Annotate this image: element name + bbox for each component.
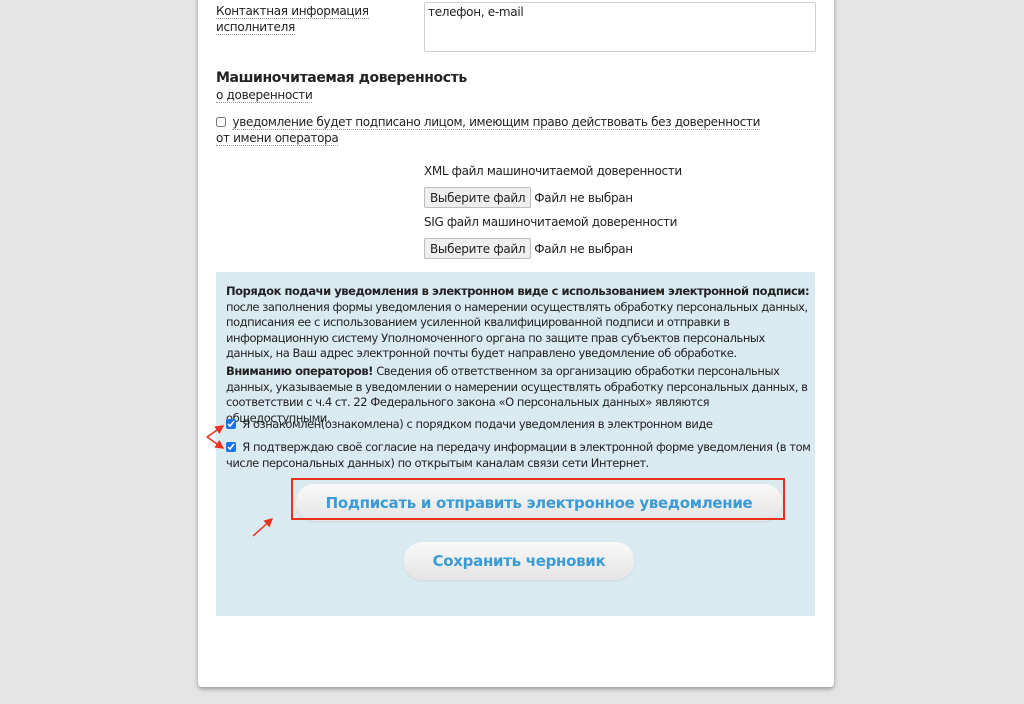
proxy-section-title: Машиночитаемая доверенность [216,70,467,86]
xml-choose-file-button[interactable]: Выберите файл [424,187,531,208]
no-proxy-checkbox[interactable] [216,117,226,127]
attention-title: Вниманию операторов! [226,364,373,378]
contact-info-textarea[interactable]: телефон, e-mail [424,2,816,52]
sig-choose-file-button[interactable]: Выберите файл [424,238,531,259]
sig-file-input[interactable]: Выберите файл Файл не выбран [424,238,633,259]
no-proxy-label[interactable]: уведомление будет подписано лицом, имеющ… [216,115,760,146]
acquainted-option[interactable]: Я ознакомлен(ознакомлена) с порядком под… [226,417,811,433]
consent-label[interactable]: Я подтверждаю своё согласие на передачу … [226,440,810,470]
no-proxy-option[interactable]: уведомление будет подписано лицом, имеющ… [216,114,776,146]
procedure-text: после заполнения формы уведомления о нам… [226,300,808,361]
acquainted-label[interactable]: Я ознакомлен(ознакомлена) с порядком под… [242,417,712,431]
form-page: Контактная информация исполнителя телефо… [198,0,834,687]
sig-file-label: SIG файл машиночитаемой доверенности [424,215,677,229]
contact-info-label: Контактная информация исполнителя [216,3,406,35]
xml-file-label: XML файл машиночитаемой доверенности [424,164,682,178]
procedure-title: Порядок подачи уведомления в электронном… [226,284,809,298]
xml-file-status: Файл не выбран [534,191,633,205]
submission-info-box: Порядок подачи уведомления в электронном… [216,272,815,616]
consent-option[interactable]: Я подтверждаю своё согласие на передачу … [226,440,811,471]
save-draft-button[interactable]: Сохранить черновик [404,542,634,580]
highlight-box [291,478,785,520]
consent-checkbox[interactable] [226,442,236,452]
sig-file-status: Файл не выбран [534,242,633,256]
xml-file-input[interactable]: Выберите файл Файл не выбран [424,187,633,208]
acquainted-checkbox[interactable] [226,419,236,429]
about-proxy-link[interactable]: о доверенности [216,88,312,102]
procedure-info: Порядок подачи уведомления в электронном… [226,284,811,362]
